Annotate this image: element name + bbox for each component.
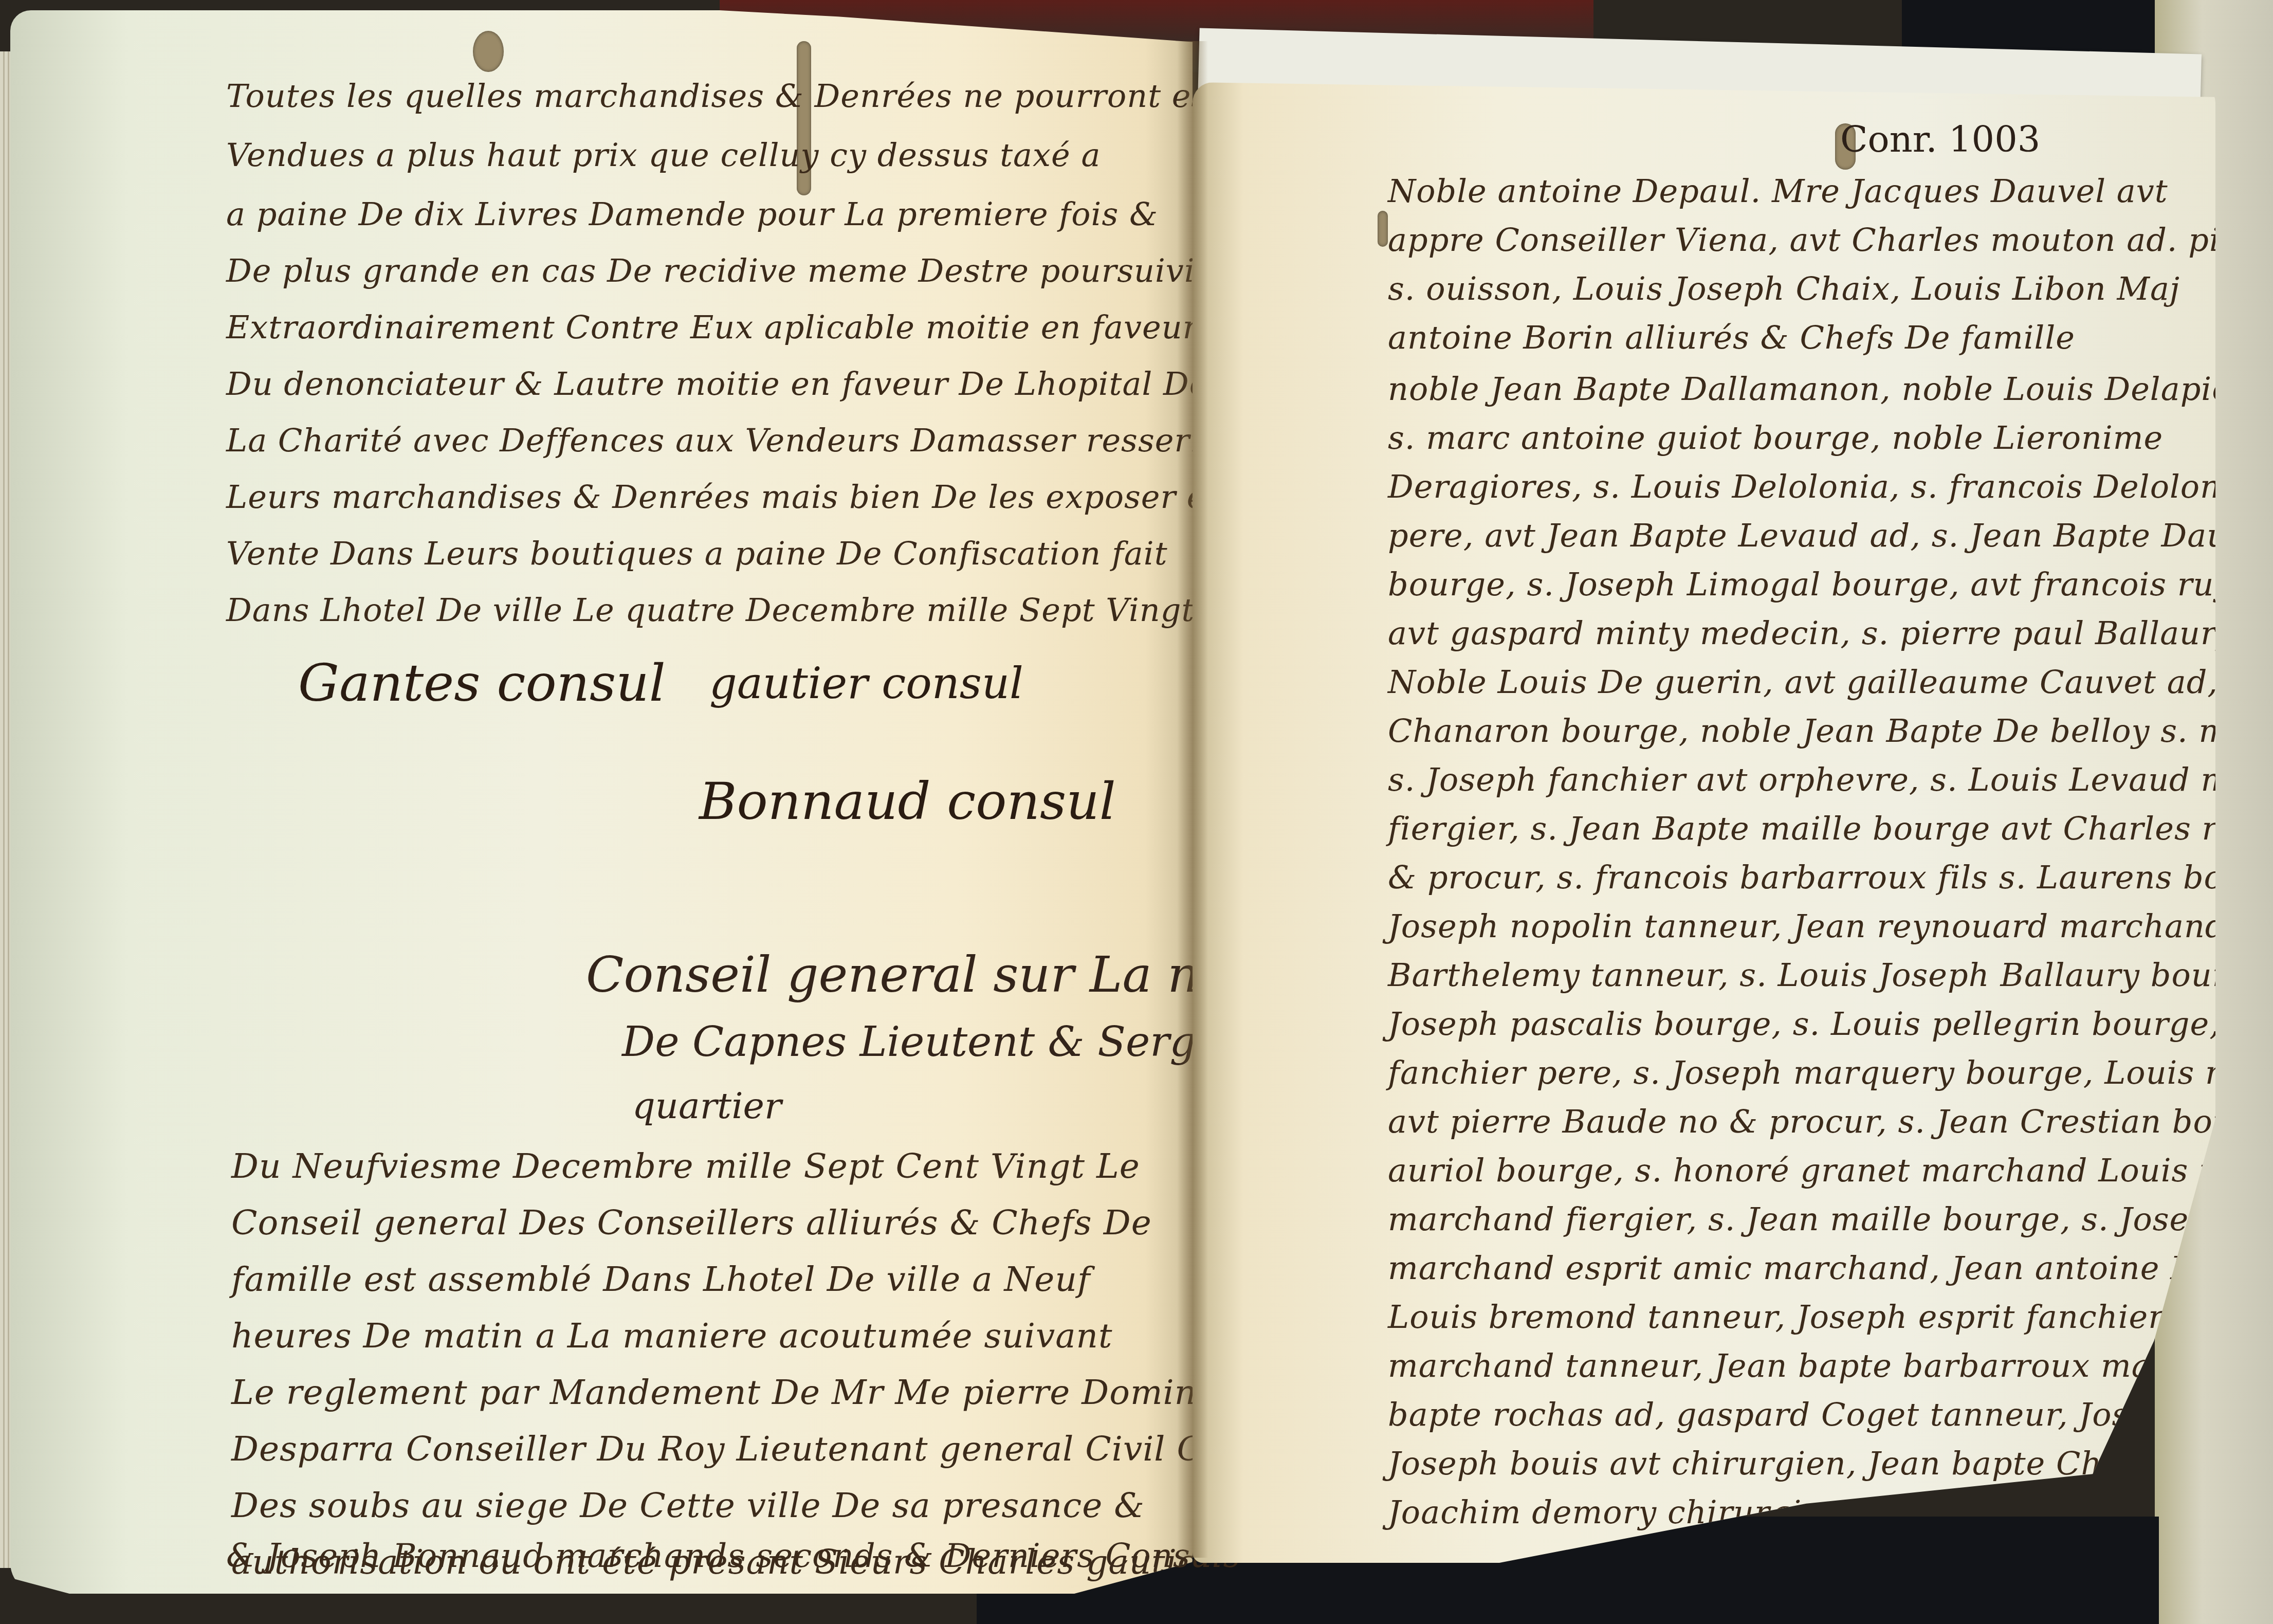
text-line: Chanaron bourge, noble Jean Bapte De bel…: [1388, 712, 2273, 750]
text-line: Barthelemy tanneur, s. Louis Joseph Ball…: [1388, 956, 2273, 994]
text-line: Du Neufviesme Decembre mille Sept Cent V…: [231, 1146, 1140, 1186]
text-line: a paine De dix Livres Damende pour La pr…: [226, 195, 1158, 233]
text-line: & Joseph Bonnaud marchands seconds & Der…: [226, 1537, 1240, 1575]
text-line: Louis bremond tanneur, Joseph esprit fan…: [1388, 1298, 2273, 1336]
text-line: De plus grande en cas De recidive meme D…: [226, 252, 1212, 289]
text-line: fiergier, s. Jean Bapte maille bourge av…: [1388, 810, 2273, 847]
folio-number: Conr. 1003: [1840, 118, 2040, 160]
text-line: Vente Dans Leurs boutiques a paine De Co…: [226, 535, 1168, 572]
text-line: s. Joseph fanchier avt orphevre, s. Loui…: [1388, 761, 2273, 798]
text-line: marchand esprit amic marchand, Jean anto…: [1388, 1249, 2273, 1287]
text-line: Noble antoine Depaul. Mre Jacques Dauvel…: [1388, 172, 2168, 210]
text-line: auriol bourge, s. honoré granet marchand…: [1388, 1152, 2273, 1189]
text-line: Le reglement par Mandement De Mr Me pier…: [231, 1373, 1273, 1412]
text-line: marchand tanneur, Jean bapte barbarroux …: [1388, 1347, 2273, 1384]
right-page: Conr. 1003 Noble antoine Depaul. Mre Jac…: [1193, 82, 2215, 1563]
worm-hole: [473, 31, 504, 72]
text-line: Des soubs au siege De Cette ville De sa …: [231, 1486, 1145, 1525]
signature-bonnaud: Bonnaud consul: [699, 771, 1116, 831]
text-line: Joseph nopolin tanneur, Jean reynouard m…: [1388, 907, 2273, 945]
text-line: avt gaspard minty medecin, s. pierre pau…: [1388, 614, 2273, 652]
text-line: s. ouisson, Louis Joseph Chaix, Louis Li…: [1388, 270, 2180, 307]
text-line: fanchier pere, s. Joseph marquery bourge…: [1388, 1054, 2273, 1091]
text-line: noble Jean Bapte Dallamanon, noble Louis…: [1388, 370, 2231, 408]
text-line: bapte rochas ad, gaspard Coget tanneur, …: [1388, 1396, 2273, 1433]
text-line: Joseph pascalis bourge, s. Louis pellegr…: [1388, 1005, 2273, 1043]
text-line: bourge, s. Joseph Limogal bourge, avt fr…: [1388, 565, 2273, 603]
text-line: Toutes les quelles marchandises & Denrée…: [226, 77, 1257, 115]
text-line: Deragiores, s. Louis Delolonia, s. franc…: [1388, 468, 2251, 505]
text-line: marchand fiergier, s. Jean maille bourge…: [1388, 1200, 2273, 1238]
text-line: Vendues a plus haut prix que celluy cy d…: [226, 136, 1101, 174]
text-line: Du denonciateur & Lautre moitie en faveu…: [226, 365, 1208, 403]
text-line: Dans Lhotel De ville Le quatre Decembre …: [226, 591, 1195, 629]
text-line: appre Conseiller Viena, avt Charles mout…: [1388, 221, 2273, 259]
text-line: pere, avt Jean Bapte Levaud ad, s. Jean …: [1388, 517, 2246, 554]
signature-gautier: gautier consul: [709, 658, 1023, 708]
text-line: Noble Louis De guerin, avt gailleaume Ca…: [1388, 663, 2273, 701]
section-title: quartier: [632, 1085, 782, 1127]
text-line: antoine Borin alliurés & Chefs De famill…: [1388, 319, 2075, 356]
text-line: heures De matin a La maniere acoutumée s…: [231, 1316, 1113, 1356]
left-page: Toutes les quelles marchandises & Denrée…: [10, 10, 1193, 1594]
text-line: Extraordinairement Contre Eux aplicable …: [226, 308, 1198, 346]
text-line: famille est assemblé Dans Lhotel De vill…: [231, 1260, 1090, 1299]
text-line: Conseil general Des Conseillers alliurés…: [231, 1203, 1152, 1243]
worm-hole: [1378, 211, 1388, 247]
text-line: Leurs marchandises & Denrées mais bien D…: [226, 478, 1227, 516]
text-line: & procur, s. francois barbarroux fils s.…: [1388, 859, 2273, 896]
text-line: avt pierre Baude no & procur, s. Jean Cr…: [1388, 1103, 2273, 1140]
book-gutter: [1177, 41, 1208, 1558]
text-line: Joseph bouis avt chirurgien, Jean bapte …: [1388, 1445, 2273, 1482]
signature-gantes: Gantes consul: [298, 653, 666, 713]
text-line: s. marc antoine guiot bourge, noble Lier…: [1388, 419, 2163, 457]
